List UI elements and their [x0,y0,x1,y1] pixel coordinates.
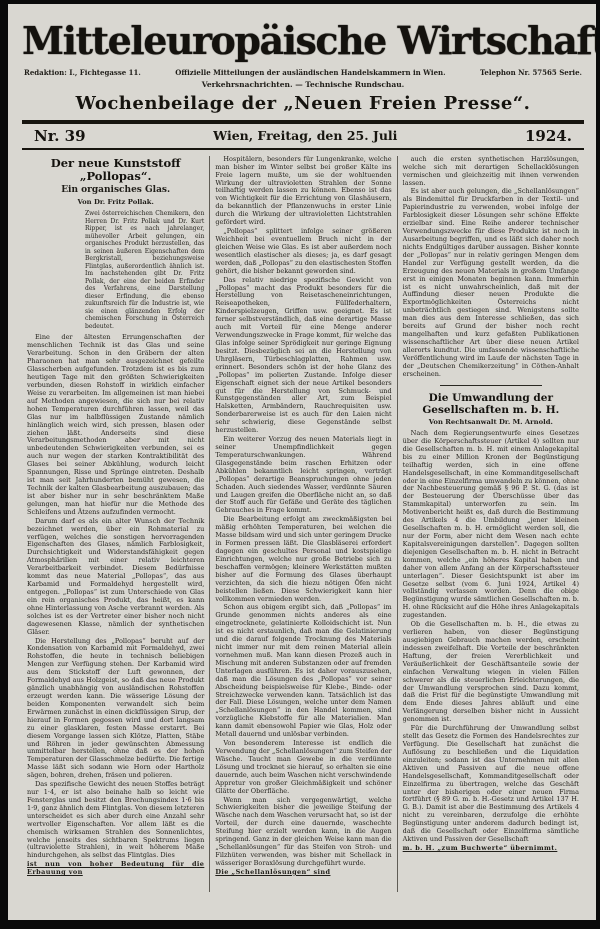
article1-col3-body: auch die ersten synthetischen Harzlösung… [403,156,579,379]
date-bar: Nr. 39 Wien, Freitag, den 25. Juli 1924. [22,120,584,150]
supplement-line: Wochenbeilage der „Neuen Freien Presse“. [22,93,584,114]
article1-byline: Von Dr. Fritz Pollak. [27,198,204,206]
article2-byline: Von Rechtsanwalt Dr. M. Arnold. [403,418,579,426]
paragraph: Hospitälern, besonders für Lungenkranke,… [215,156,391,227]
paragraph: Schon aus obigem ergibt sich, daß „Pollo… [215,604,391,739]
paragraph: Die Bearbeitung erfolgt am zweckmäßigste… [215,516,391,603]
paragraph: Das spezifische Gewicht des neuen Stoffe… [27,781,204,860]
paragraph: Ein weiterer Vorzug des neuen Materials … [215,436,391,515]
telephone-number: Telephon Nr. 57565 Serie. [480,68,582,77]
paragraph: Wenn man sich vergegenwärtigt, welche Sc… [215,797,391,868]
masthead: Mitteleuropäische Wirtschaft Redaktion: … [22,20,584,114]
column-left: Der neue Kunststoff „Pollopas“. Ein orga… [22,156,209,892]
newspaper-page: Mitteleuropäische Wirtschaft Redaktion: … [8,4,596,920]
paragraph: Für die Durchführung der Umwandlung selb… [403,725,579,844]
paragraph: Ob die Gesellschaften m. b. H., die etwa… [403,621,579,724]
paragraph: Von besonderem Interesse ist endlich die… [215,740,391,795]
paragraph: Es ist aber auch gelungen, die „Schellan… [403,188,579,378]
redaktion-address: Redaktion: I., Fichtegasse 11. [24,68,141,77]
column-right: auch die ersten synthetischen Harzlösung… [397,156,584,892]
text-columns: Der neue Kunststoff „Pollopas“. Ein orga… [22,156,584,892]
column-right-emphasis: m. b. H. „zum Buchwerte“ übernimmt. [403,845,579,853]
issue-date: Wien, Freitag, den 25. Juli [213,128,397,143]
paragraph: Die Herstellung des „Pollopas“ beruht au… [27,638,204,781]
page-inner: Mitteleuropäische Wirtschaft Redaktion: … [8,4,596,892]
column-middle: Hospitälern, besonders für Lungenkranke,… [209,156,396,892]
masthead-infobar: Redaktion: I., Fichtegasse 11. Offiziell… [24,68,582,77]
issue-year: 1924. [525,127,572,145]
paragraph: Das relativ niedrige spezifische Gewicht… [215,277,391,435]
article2-headline: Die Umwandlung der Gesellschaften m. b. … [403,392,579,416]
article1-headline: Der neue Kunststoff „Pollopas“. [27,157,204,183]
article1-col2-body: Hospitälern, besonders für Lungenkranke,… [215,156,391,868]
official-subtitle: Offizielle Mitteilungen der ausländische… [175,68,445,77]
sections-line: Verkehrsnachrichten. — Technische Rundsc… [22,80,584,89]
paragraph: „Pollopas“ splittert infolge seiner größ… [215,228,391,276]
article1-subhead: Ein organisches Glas. [27,185,204,196]
article-divider-rule [440,385,542,386]
article2-body: Nach dem Regierungsentwurfe eines Gesetz… [403,430,579,844]
paragraph: auch die ersten synthetischen Harzlösung… [403,156,579,188]
paragraph: Eine der ältesten Errungenschaften der m… [27,334,204,516]
issue-number: Nr. 39 [34,127,86,145]
paragraph: Nach dem Regierungsentwurfe eines Gesetz… [403,430,579,620]
article1-col1-body: Eine der ältesten Errungenschaften der m… [27,334,204,860]
column-left-emphasis: ist nun von hoher Bedeutung für die Erba… [27,861,204,877]
column-middle-emphasis: Die „Schellanlösungen“ sind [215,869,391,877]
article1-editorial-intro: Zwei österreichischen Chemikern, den Her… [85,210,204,330]
newspaper-title: Mitteleuropäische Wirtschaft [22,20,584,62]
paragraph: Darum darf es als ein alter Wunsch der T… [27,518,204,637]
